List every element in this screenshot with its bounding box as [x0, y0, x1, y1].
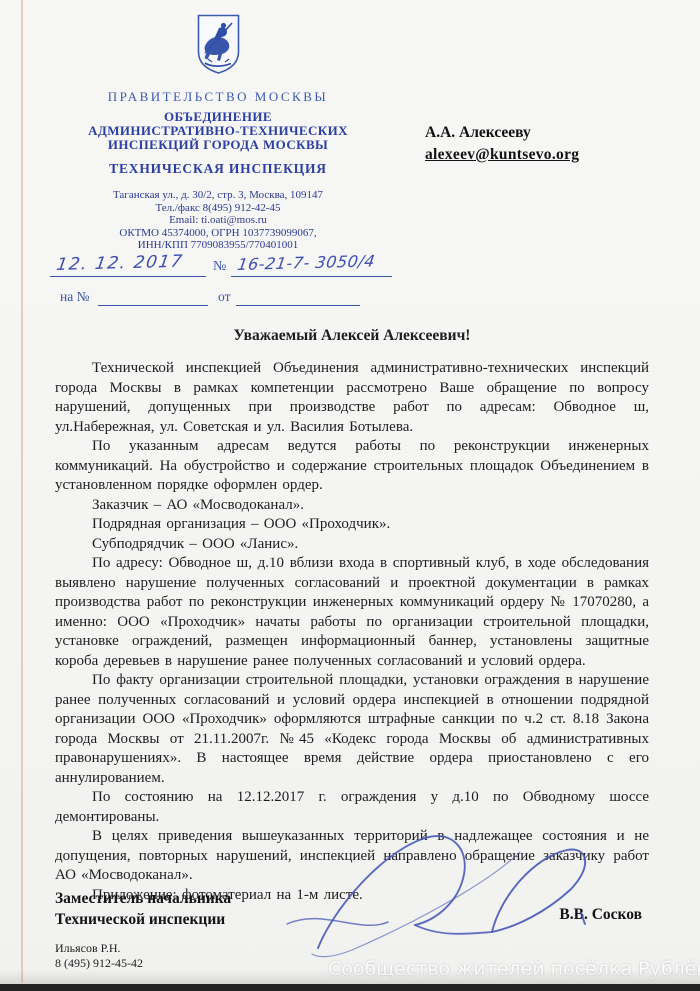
organization-name-line: АДМИНИСТРАТИВНО-ТЕХНИЧЕСКИХ: [45, 124, 391, 138]
body-paragraph: По состоянию на 12.12.2017 г. ограждения…: [55, 788, 649, 827]
body-paragraph: В целях приведения вышеуказанных террито…: [55, 827, 649, 886]
body-paragraph: Субподрядчик – ООО «Ланис».: [55, 535, 649, 555]
handwritten-number: 16-21-7- 3050/4: [236, 251, 377, 274]
salutation: Уважаемый Алексей Алексеевич!: [55, 326, 649, 346]
organization-name-line: ОБЪЕДИНЕНИЕ: [45, 110, 391, 124]
contact-line: Таганская ул., д. 30/2, стр. 3, Москва, …: [45, 189, 391, 202]
paragraphs: Технической инспекцией Объединения админ…: [55, 359, 649, 905]
signer-title-line1: Заместитель начальника: [55, 888, 231, 909]
signer-title: Заместитель начальника Технической инспе…: [55, 888, 231, 930]
letter-body: Уважаемый Алексей Алексеевич! Техническо…: [55, 326, 649, 905]
body-paragraph: По адресу: Обводное ш, д.10 вблизи входа…: [55, 554, 649, 671]
from-label: от: [218, 289, 230, 305]
contact-line: ОКТМО 45374000, ОГРН 1037739099067,: [45, 227, 391, 240]
division-name: ТЕХНИЧЕСКАЯ ИНСПЕКЦИЯ: [45, 161, 391, 177]
scan-artifact-line: [21, 0, 23, 983]
reply-to-label: на №: [60, 289, 89, 305]
recipient-block: А.А. Алексееву alexeev@kuntsevo.org: [425, 122, 579, 166]
reply-date-blank-field: [236, 291, 360, 306]
scanned-letter-page: ПРАВИТЕЛЬСТВО МОСКВЫ ОБЪЕДИНЕНИЕАДМИНИСТ…: [0, 0, 700, 991]
body-paragraph: Заказчик – АО «Мосводоканал».: [55, 496, 649, 516]
scan-edge-strip: [0, 984, 700, 991]
body-paragraph: По указанным адресам ведутся работы по р…: [55, 437, 649, 496]
reference-row-date-number: 12. 12. 2017 № 16-21-7- 3050/4: [50, 250, 396, 277]
outgoing-date-field: 12. 12. 2017: [50, 251, 206, 277]
recipient-name: А.А. Алексееву: [425, 122, 579, 144]
contact-block: Таганская ул., д. 30/2, стр. 3, Москва, …: [45, 189, 391, 252]
government-title: ПРАВИТЕЛЬСТВО МОСКВЫ: [45, 89, 391, 105]
reply-number-blank-field: [98, 291, 208, 306]
contact-line: Тел./факс 8(495) 912-42-45: [45, 202, 391, 215]
outgoing-number-field: 16-21-7- 3050/4: [231, 251, 392, 277]
contact-line: Email: ti.oati@mos.ru: [45, 214, 391, 227]
recipient-email: alexeev@kuntsevo.org: [425, 144, 579, 166]
handwritten-date: 12. 12. 2017: [55, 252, 185, 275]
organization-name-line: ИНСПЕКЦИЙ ГОРОДА МОСКВЫ: [45, 138, 391, 152]
reference-row-reply: на № от: [60, 286, 400, 306]
moscow-coat-of-arms-icon: [195, 13, 242, 75]
executor-name: Ильясов Р.Н.: [55, 941, 143, 956]
organization-name: ОБЪЕДИНЕНИЕАДМИНИСТРАТИВНО-ТЕХНИЧЕСКИХИН…: [45, 110, 391, 152]
letterhead: ПРАВИТЕЛЬСТВО МОСКВЫ ОБЪЕДИНЕНИЕАДМИНИСТ…: [45, 13, 391, 252]
executor-block: Ильясов Р.Н. 8 (495) 912-45-42: [55, 941, 143, 971]
signer-name: В.В. Сосков: [559, 906, 642, 924]
body-paragraph: По факту организации строительной площад…: [55, 671, 649, 788]
body-paragraph: Подрядная организация – ООО «Проходчик».: [55, 515, 649, 535]
executor-phone: 8 (495) 912-45-42: [55, 956, 143, 971]
body-paragraph: Технической инспекцией Объединения админ…: [55, 359, 649, 437]
scan-edge-shadow: [0, 970, 700, 984]
signer-title-line2: Технической инспекции: [55, 909, 231, 930]
number-sign-label: №: [213, 259, 226, 275]
